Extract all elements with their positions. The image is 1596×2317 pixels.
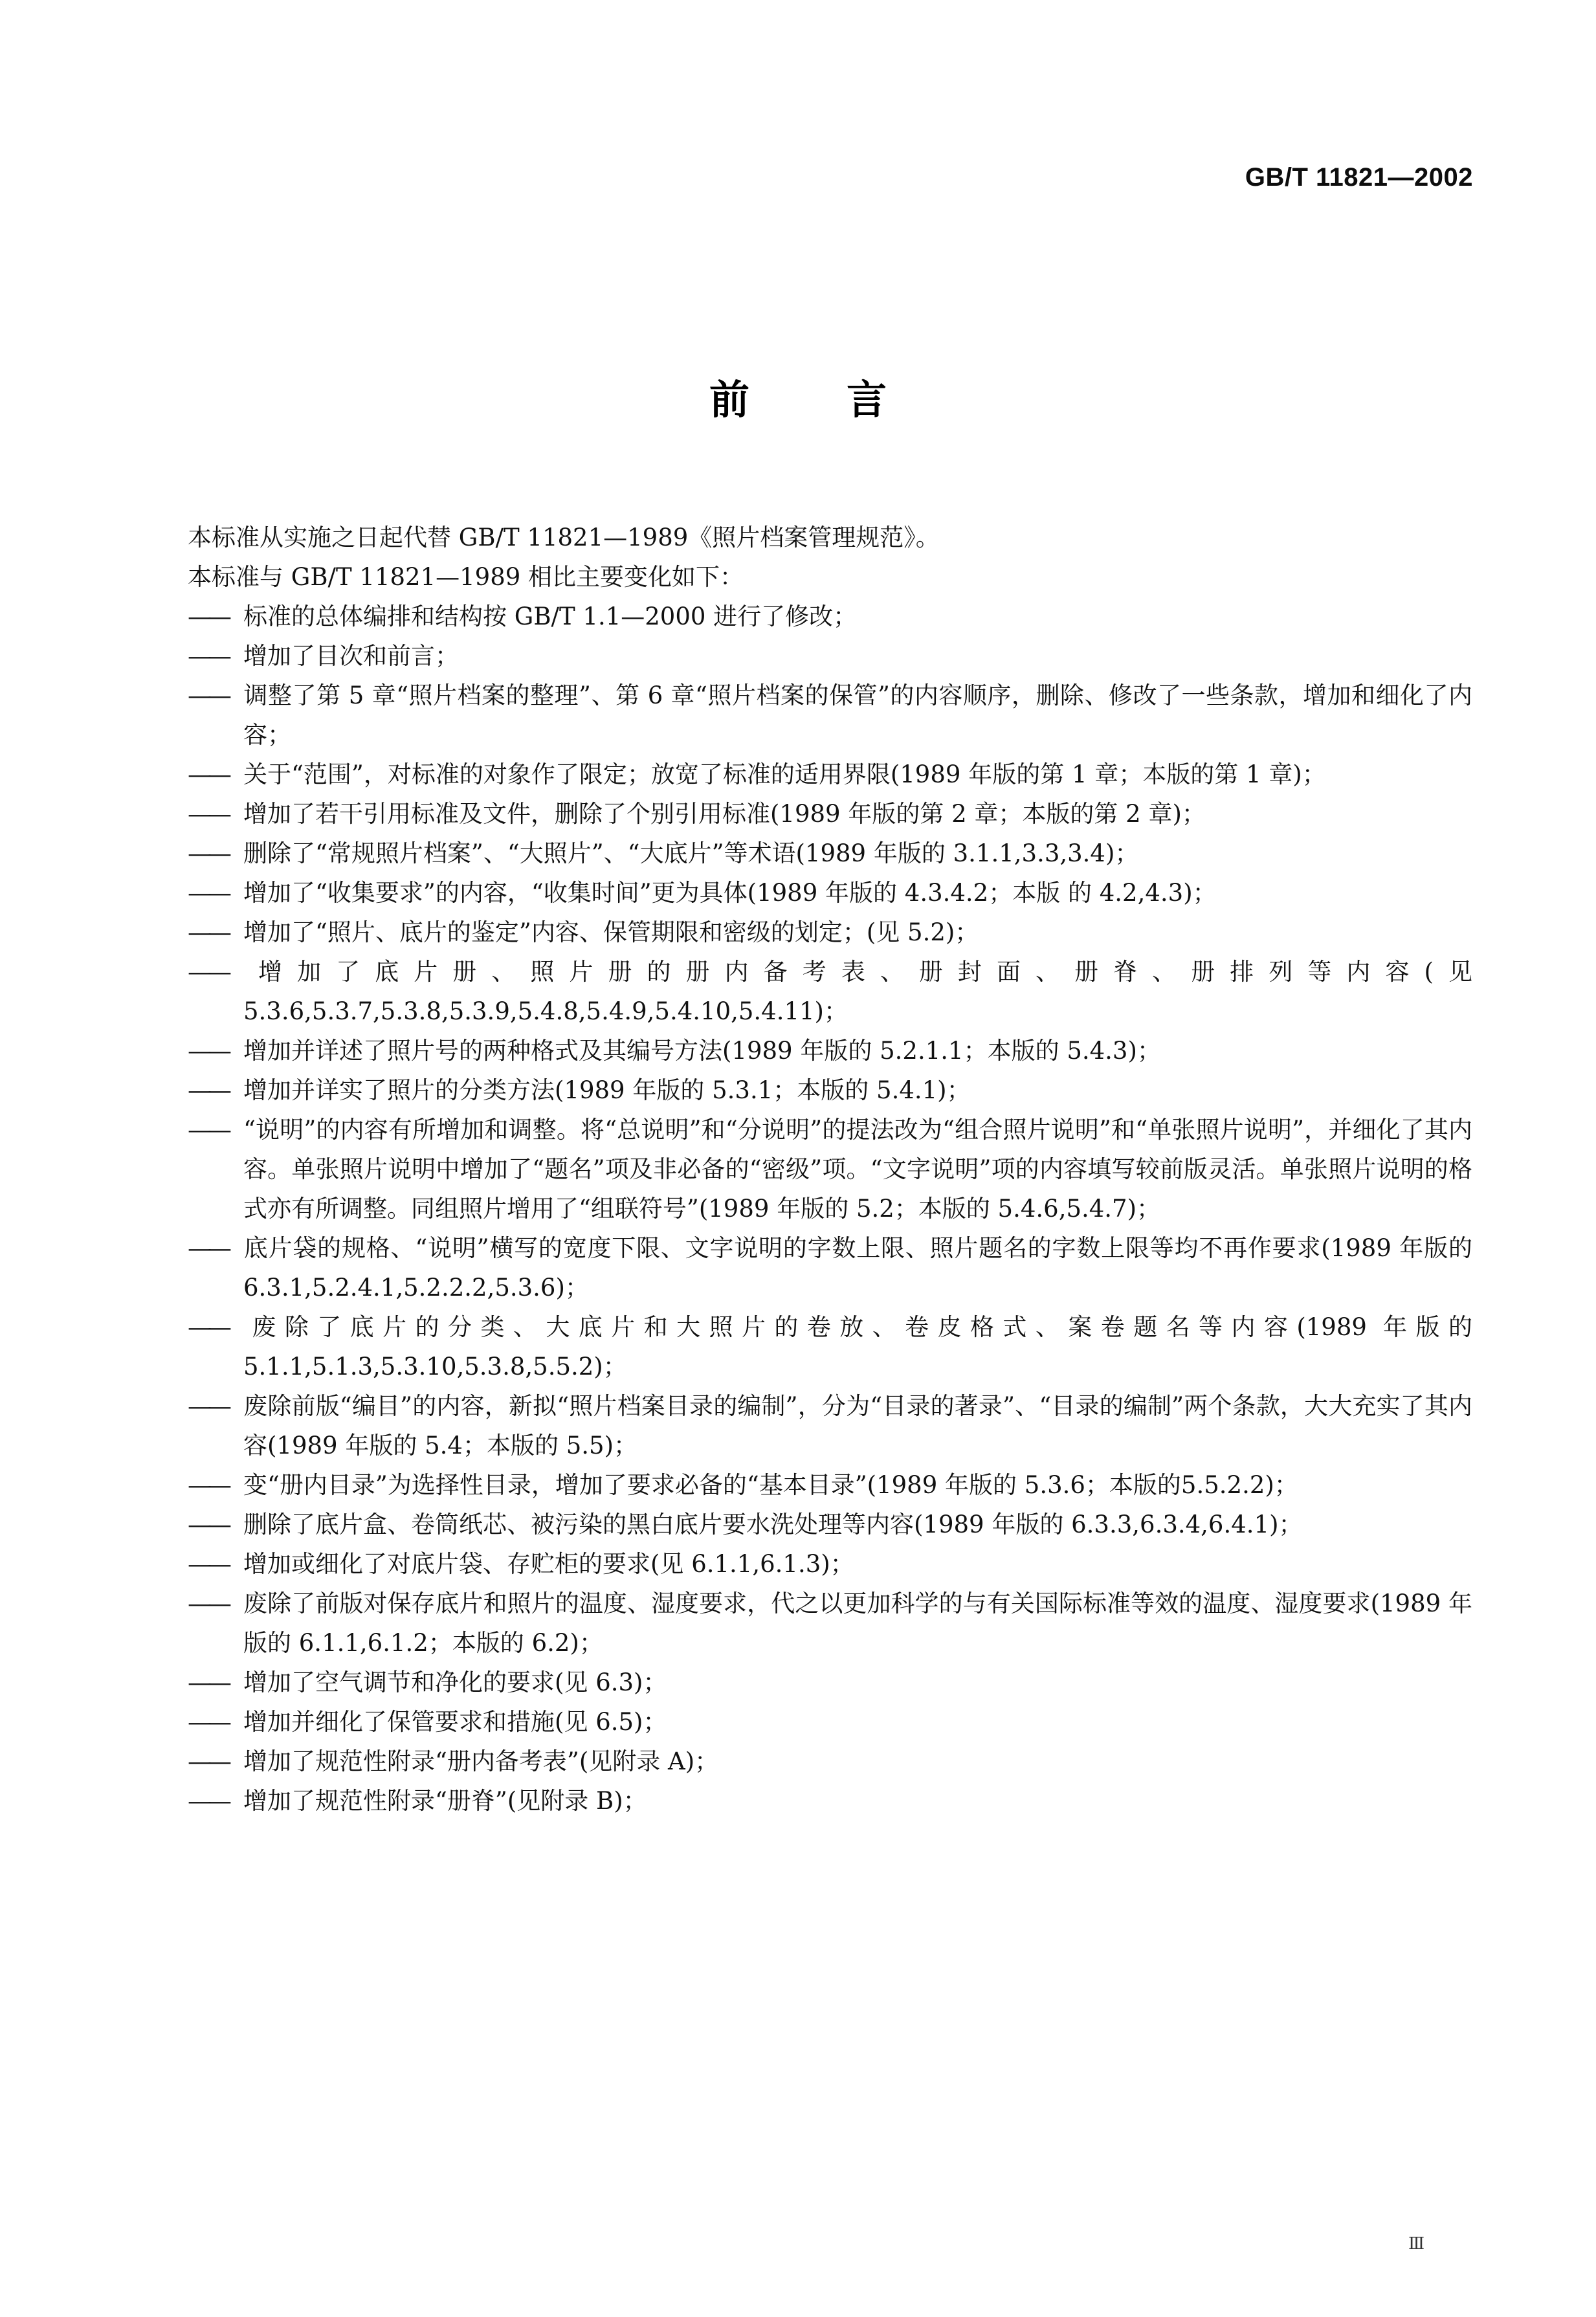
change-text: 标准的总体编排和结构按 GB/T 1.1—2000 进行了修改； (243, 603, 857, 630)
change-item: ——增加并细化了保管要求和措施(见 6.5)； (188, 1702, 1472, 1742)
change-item: ——标准的总体编排和结构按 GB/T 1.1—2000 进行了修改； (188, 597, 1472, 636)
dash-bullet: —— (188, 1505, 243, 1544)
change-text: 增加了“收集要求”的内容，“收集时间”更为具体(1989 年版的 4.3.4.2… (243, 879, 1217, 907)
change-text: 删除了底片盒、卷筒纸芯、被污染的黑白底片要水洗处理等内容(1989 年版的 6.… (243, 1511, 1303, 1538)
change-item: ——增加了“照片、底片的鉴定”内容、保管期限和密级的划定；(见 5.2)； (188, 913, 1472, 952)
change-item: ——删除了“常规照片档案”、“大照片”、“大底片”等术语(1989 年版的 3.… (188, 834, 1472, 873)
change-list: ——标准的总体编排和结构按 GB/T 1.1—2000 进行了修改； ——增加了… (188, 597, 1472, 1821)
change-text: 增加了空气调节和净化的要求(见 6.3)； (243, 1668, 667, 1696)
change-item: ——废除了前版对保存底片和照片的温度、湿度要求，代之以更加科学的与有关国际标准等… (188, 1584, 1472, 1663)
change-item: ——增加并详述了照片号的两种格式及其编号方法(1989 年版的 5.2.1.1；… (188, 1031, 1472, 1070)
foreword-body: 本标准从实施之日起代替 GB/T 11821—1989《照片档案管理规范》。 本… (188, 518, 1472, 1821)
change-item: ——增加并详实了照片的分类方法(1989 年版的 5.3.1；本版的 5.4.1… (188, 1070, 1472, 1110)
change-item: ——增加了目次和前言； (188, 636, 1472, 676)
dash-bullet: —— (188, 952, 243, 992)
change-text: 调整了第 5 章“照片档案的整理”、第 6 章“照片档案的保管”的内容顺序，删除… (243, 682, 1472, 749)
change-item: ——废除前版“编目”的内容，新拟“照片档案目录的编制”，分为“目录的著录”、“目… (188, 1386, 1472, 1465)
change-text: 废除了底片的分类、大底片和大照片的卷放、卷皮格式、案卷题名等内容(1989 年版… (243, 1313, 1472, 1380)
dash-bullet: —— (188, 913, 243, 952)
change-item: ——“说明”的内容有所增加和调整。将“总说明”和“分说明”的提法改为“组合照片说… (188, 1110, 1472, 1228)
dash-bullet: —— (188, 1110, 243, 1149)
dash-bullet: —— (188, 597, 243, 636)
change-item: ——增加了“收集要求”的内容，“收集时间”更为具体(1989 年版的 4.3.4… (188, 873, 1472, 913)
change-text: 增加并详述了照片号的两种格式及其编号方法(1989 年版的 5.2.1.1；本版… (243, 1037, 1161, 1065)
change-text: 删除了“常规照片档案”、“大照片”、“大底片”等术语(1989 年版的 3.1.… (243, 839, 1138, 867)
dash-bullet: —— (188, 834, 243, 873)
intro-paragraph: 本标准从实施之日起代替 GB/T 11821—1989《照片档案管理规范》。 (188, 518, 1472, 557)
change-item: ——底片袋的规格、“说明”横写的宽度下限、文字说明的字数上限、照片题名的字数上限… (188, 1228, 1472, 1307)
title-char-1: 前 (709, 376, 749, 423)
change-item: ——增加了规范性附录“册脊”(见附录 B)； (188, 1781, 1472, 1821)
change-text: 增加了底片册、照片册的册内备考表、册封面、册脊、册排列等内容(见 5.3.6,5… (243, 958, 1472, 1025)
change-text: 增加了目次和前言； (243, 642, 459, 670)
dash-bullet: —— (188, 676, 243, 715)
dash-bullet: —— (188, 1702, 243, 1742)
dash-bullet: —— (188, 1584, 243, 1623)
dash-bullet: —— (188, 1663, 243, 1702)
dash-bullet: —— (188, 636, 243, 676)
dash-bullet: —— (188, 1544, 243, 1584)
change-text: 增加并细化了保管要求和措施(见 6.5)； (243, 1708, 667, 1736)
change-item: ——关于“范围”，对标准的对象作了限定；放宽了标准的适用界限(1989 年版的第… (188, 755, 1472, 794)
dash-bullet: —— (188, 1031, 243, 1070)
change-text: 增加并详实了照片的分类方法(1989 年版的 5.3.1；本版的 5.4.1)； (243, 1076, 971, 1104)
change-text: 变“册内目录”为选择性目录，增加了要求必备的“基本目录”(1989 年版的 5.… (243, 1471, 1298, 1499)
change-item: ——变“册内目录”为选择性目录，增加了要求必备的“基本目录”(1989 年版的 … (188, 1465, 1472, 1505)
change-text: 底片袋的规格、“说明”横写的宽度下限、文字说明的字数上限、照片题名的字数上限等均… (243, 1234, 1472, 1302)
dash-bullet: —— (188, 1228, 243, 1268)
change-text: 废除前版“编目”的内容，新拟“照片档案目录的编制”，分为“目录的著录”、“目录的… (243, 1392, 1472, 1459)
change-item: ——调整了第 5 章“照片档案的整理”、第 6 章“照片档案的保管”的内容顺序，… (188, 676, 1472, 755)
change-item: ——增加了若干引用标准及文件，删除了个别引用标准(1989 年版的第 2 章；本… (188, 794, 1472, 834)
change-text: 废除了前版对保存底片和照片的温度、湿度要求，代之以更加科学的与有关国际标准等效的… (243, 1590, 1472, 1657)
change-text: 增加了“照片、底片的鉴定”内容、保管期限和密级的划定；(见 5.2)； (243, 918, 979, 946)
dash-bullet: —— (188, 873, 243, 913)
change-text: 增加了规范性附录“册内备考表”(见附录 A)； (243, 1747, 718, 1775)
change-text: 增加或细化了对底片袋、存贮柜的要求(见 6.1.1,6.1.3)； (243, 1550, 854, 1578)
page-title: 前言 (0, 368, 1596, 425)
change-item: ——增加了底片册、照片册的册内备考表、册封面、册脊、册排列等内容(见 5.3.6… (188, 952, 1472, 1031)
standard-code: GB/T 11821—2002 (1245, 163, 1473, 192)
intro-paragraph: 本标准与 GB/T 11821—1989 相比主要变化如下： (188, 557, 1472, 597)
dash-bullet: —— (188, 1070, 243, 1110)
dash-bullet: —— (188, 794, 243, 834)
title-char-2: 言 (847, 376, 887, 423)
change-item: ——增加了规范性附录“册内备考表”(见附录 A)； (188, 1742, 1472, 1781)
page-number: Ⅲ (1408, 2234, 1424, 2254)
change-item: ——废除了底片的分类、大底片和大照片的卷放、卷皮格式、案卷题名等内容(1989 … (188, 1307, 1472, 1386)
change-text: “说明”的内容有所增加和调整。将“总说明”和“分说明”的提法改为“组合照片说明”… (243, 1116, 1472, 1223)
dash-bullet: —— (188, 1465, 243, 1505)
change-text: 增加了规范性附录“册脊”(见附录 B)； (243, 1787, 647, 1815)
change-item: ——增加了空气调节和净化的要求(见 6.3)； (188, 1663, 1472, 1702)
dash-bullet: —— (188, 1386, 243, 1426)
dash-bullet: —— (188, 1781, 243, 1821)
change-item: ——删除了底片盒、卷筒纸芯、被污染的黑白底片要水洗处理等内容(1989 年版的 … (188, 1505, 1472, 1544)
dash-bullet: —— (188, 1742, 243, 1781)
dash-bullet: —— (188, 755, 243, 794)
change-item: ——增加或细化了对底片袋、存贮柜的要求(见 6.1.1,6.1.3)； (188, 1544, 1472, 1584)
change-text: 关于“范围”，对标准的对象作了限定；放宽了标准的适用界限(1989 年版的第 1… (243, 760, 1326, 788)
change-text: 增加了若干引用标准及文件，删除了个别引用标准(1989 年版的第 2 章；本版的… (243, 800, 1206, 828)
dash-bullet: —— (188, 1307, 243, 1347)
